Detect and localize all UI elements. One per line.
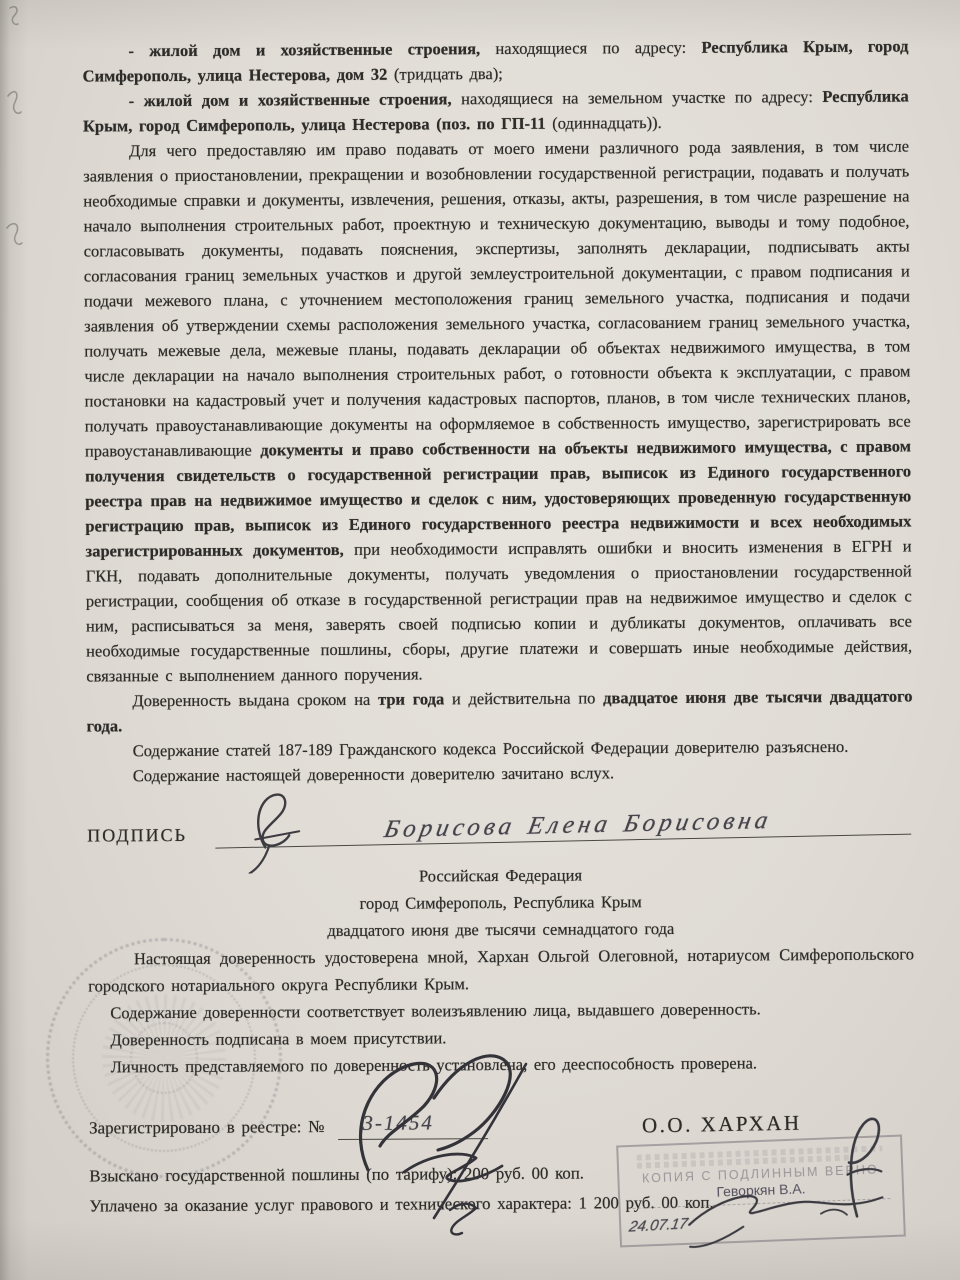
signature-label: ПОДПИСЬ bbox=[87, 823, 187, 857]
term-duration: три года bbox=[378, 689, 444, 708]
signature-row: ПОДПИСЬ Борисова Елена Борисовна bbox=[87, 793, 913, 856]
notary-round-seal bbox=[46, 938, 282, 1178]
signature-line: Борисова Елена Борисовна bbox=[215, 793, 914, 855]
margin-scribbles bbox=[0, 0, 30, 260]
notary-name: О.О. ХАРХАН bbox=[642, 1111, 802, 1139]
bullet1-tail: (тридцать два); bbox=[394, 64, 503, 84]
notary-signature-flourish-icon bbox=[330, 1052, 660, 1272]
bullet2-bold-intro: - жилой дом и хозяйственные строения, bbox=[129, 89, 452, 110]
articles-line: Содержание статей 187-189 Гражданского к… bbox=[87, 733, 913, 763]
read-aloud-line: Содержание настоящей доверенности довери… bbox=[87, 758, 913, 788]
term-mid: и действительна по bbox=[444, 688, 603, 708]
property-bullet-2: - жилой дом и хозяйственные строения, на… bbox=[83, 83, 909, 138]
term-lead: Доверенность выдана сроком на bbox=[132, 690, 378, 711]
principal-signature-flourish-icon bbox=[233, 787, 312, 873]
stamp-signature-icon bbox=[680, 1177, 892, 1251]
bullet2-normal: находящиеся на земельном участке по адре… bbox=[452, 87, 823, 108]
seal-inner-ring bbox=[130, 1022, 198, 1094]
bullet1-normal: находящиеся по адресу: bbox=[480, 38, 701, 58]
scanned-document-sheet: - жилой дом и хозяйственные строения, на… bbox=[0, 0, 960, 1280]
powers-paragraph: Для чего предоставляю им право подавать … bbox=[83, 133, 912, 688]
powers-lead: Для чего предоставляю им право подавать … bbox=[83, 136, 911, 460]
bullet2-tail: (одиннадцать)). bbox=[552, 113, 662, 133]
copy-certification-stamp: КОПИЯ С ПОДЛИННЫМ ВЕРНО Геворкян В.А. 24… bbox=[616, 1135, 906, 1248]
venue-block: Российская Федерация город Симферополь, … bbox=[87, 859, 913, 945]
property-bullet-1: - жилой дом и хозяйственные строения, на… bbox=[82, 33, 908, 88]
stamp-handwritten-date: 24.07.17 bbox=[628, 1215, 689, 1235]
term-paragraph: Доверенность выдана сроком на три года и… bbox=[86, 683, 912, 738]
bullet1-bold-intro: - жилой дом и хозяйственные строения, bbox=[128, 39, 480, 60]
